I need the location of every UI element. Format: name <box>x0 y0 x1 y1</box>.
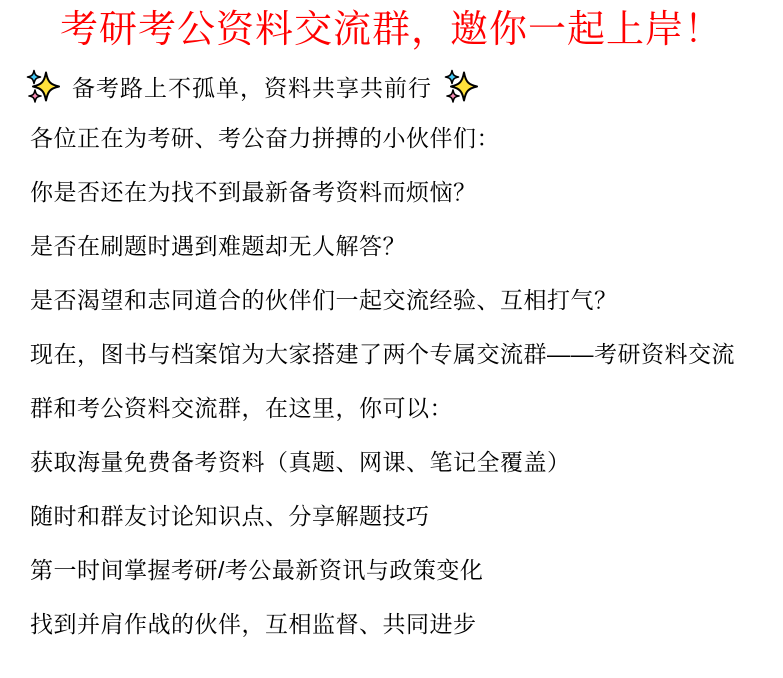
body-line: 获取海量免费备考资料（真题、网课、笔记全覆盖） <box>30 435 783 489</box>
body-line: 随时和群友讨论知识点、分享解题技巧 <box>30 489 783 543</box>
document-page: 考研考公资料交流群，邀你一起上岸！ 备考路上不孤单，资料共享共前行 各位正在为考… <box>0 0 783 678</box>
body-line: 群和考公资料交流群，在这里，你可以： <box>30 381 783 435</box>
body-line: 你是否还在为找不到最新备考资料而烦恼？ <box>30 165 783 219</box>
body-line: 各位正在为考研、考公奋力拼搏的小伙伴们： <box>30 111 783 165</box>
subtitle-row: 备考路上不孤单，资料共享共前行 <box>26 67 783 105</box>
body-line: 现在，图书与档案馆为大家搭建了两个专属交流群——考研资料交流 <box>30 327 783 381</box>
body-line: 是否渴望和志同道合的伙伴们一起交流经验、互相打气？ <box>30 273 783 327</box>
sparkles-icon <box>444 68 478 104</box>
body-line: 是否在刷题时遇到难题却无人解答？ <box>30 219 783 273</box>
body-line: 找到并肩作战的伙伴，互相监督、共同进步 <box>30 597 783 651</box>
subtitle-text: 备考路上不孤单，资料共享共前行 <box>72 70 432 103</box>
sparkles-icon <box>26 68 60 104</box>
body-text: 各位正在为考研、考公奋力拼搏的小伙伴们： 你是否还在为找不到最新备考资料而烦恼？… <box>0 111 783 651</box>
body-line: 第一时间掌握考研/考公最新资讯与政策变化 <box>30 543 783 597</box>
page-title: 考研考公资料交流群，邀你一起上岸！ <box>0 0 783 55</box>
